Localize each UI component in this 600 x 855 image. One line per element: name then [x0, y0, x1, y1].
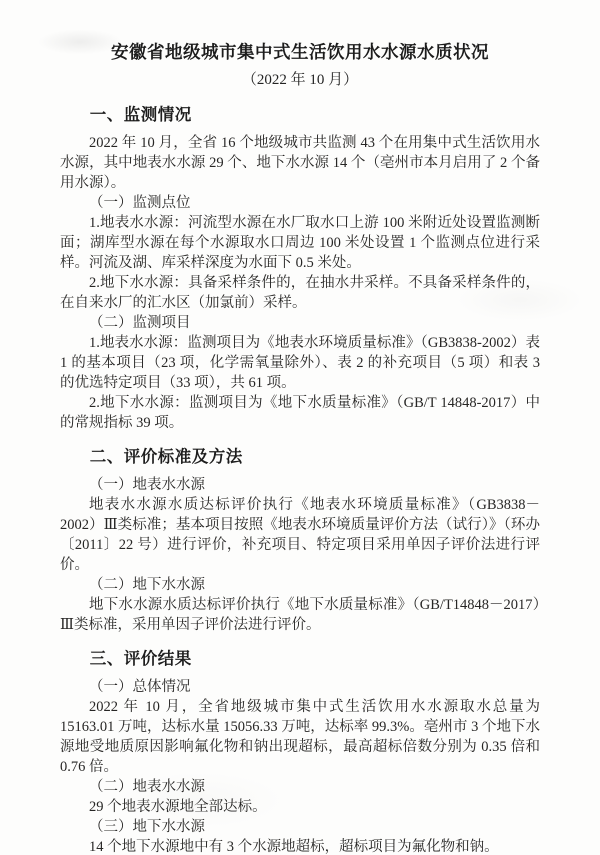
section-standards: 二、评价标准及方法 （一）地表水水源 地表水水源水质达标评价执行《地表水环境质量… — [60, 446, 540, 635]
section-results: 三、评价结果 （一）总体情况 2022 年 10 月，全省地级城市集中式生活饮用… — [60, 648, 540, 855]
paragraph: 1.地表水水源：河流型水源在水厂取水口上游 100 米附近处设置监测断面；湖库型… — [60, 213, 540, 273]
sub-heading: （二）地下水水源 — [60, 575, 540, 595]
sub-heading: （一）总体情况 — [60, 677, 540, 697]
sub-heading: （一）监测点位 — [60, 193, 540, 213]
paragraph: 2.地下水水源：具备采样条件的，在抽水井采样。不具备采样条件的，在自来水厂的汇水… — [60, 273, 540, 313]
paragraph: 地下水水源水质达标评价执行《地下水质量标准》（GB/T14848－2017）Ⅲ类… — [60, 595, 540, 635]
section-heading: 三、评价结果 — [60, 648, 540, 670]
paragraph: 1.地表水水源：监测项目为《地表水环境质量标准》（GB3838-2002）表 1… — [60, 333, 540, 393]
sub-heading: （一）地表水水源 — [60, 475, 540, 495]
paragraph: 2022 年 10 月，全省 16 个地级城市共监测 43 个在用集中式生活饮用… — [60, 133, 540, 193]
doc-subtitle: （2022 年 10 月） — [60, 69, 540, 91]
sub-heading: （二）地表水水源 — [60, 777, 540, 797]
document-page: 安徽省地级城市集中式生活饮用水水源水质状况 （2022 年 10 月） 一、监测… — [0, 0, 600, 855]
paragraph: 2022 年 10 月，全省地级城市集中式生活饮用水水源取水总量为 15163.… — [60, 697, 540, 777]
section-heading: 二、评价标准及方法 — [60, 446, 540, 468]
document-content: 安徽省地级城市集中式生活饮用水水源水质状况 （2022 年 10 月） 一、监测… — [0, 0, 600, 855]
paragraph: 2.地下水水源：监测项目为《地下水质量标准》（GB/T 14848-2017）中… — [60, 393, 540, 433]
sub-heading: （二）监测项目 — [60, 313, 540, 333]
doc-title: 安徽省地级城市集中式生活饮用水水源水质状况 — [60, 40, 540, 64]
section-monitoring: 一、监测情况 2022 年 10 月，全省 16 个地级城市共监测 43 个在用… — [60, 104, 540, 433]
paragraph: 地表水水源水质达标评价执行《地表水环境质量标准》（GB3838－2002）Ⅲ类标… — [60, 495, 540, 575]
sub-heading: （三）地下水水源 — [60, 817, 540, 837]
paragraph: 29 个地表水源地全部达标。 — [60, 797, 540, 817]
section-heading: 一、监测情况 — [60, 104, 540, 126]
paragraph: 14 个地下水源地中有 3 个水源地超标，超标项目为氟化物和钠。 — [60, 837, 540, 855]
